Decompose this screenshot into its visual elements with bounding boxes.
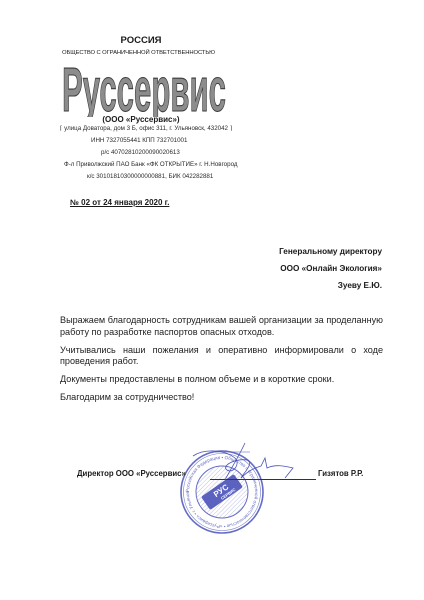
signatory-title: Директор ООО «Руссервис» (77, 469, 186, 478)
letterhead-corr-account: к/с 30101810300000000881, БИК 042282881 (87, 173, 213, 180)
addressee-name: Зуеву Е.Ю. (279, 277, 382, 294)
body-paragraph-2: Учитывались наши пожелания и оперативно … (60, 345, 383, 368)
body-paragraph-3: Документы предоставлены в полном объеме … (60, 374, 383, 386)
addressee-block: Генеральному директору ООО «Онлайн Эколо… (279, 243, 382, 294)
letterhead-inn-kpp: ИНН 7327055441 КПП 732701001 (91, 137, 187, 144)
letterhead-country: РОССИЯ (0, 35, 282, 46)
addressee-company: ООО «Онлайн Экология» (279, 260, 382, 277)
body-paragraph-4: Благодарим за сотрудничество! (60, 392, 383, 404)
company-logo: Руссервис (60, 55, 228, 117)
letterhead-short-name: (ООО «Руссервис») (0, 115, 282, 124)
letterhead-address: ⌈ улица Доватора, дом 3 Б, офис 311, г. … (60, 125, 232, 132)
letterhead-bank: Ф-л Приволжский ПАО Банк «ФК ОТКРЫТИЕ» г… (64, 161, 237, 168)
letter-body: Выражаем благодарность сотрудникам вашей… (60, 315, 383, 410)
body-paragraph-1: Выражаем благодарность сотрудникам вашей… (60, 315, 383, 338)
letterhead-account: р/с 40702810200090020613 (101, 149, 180, 156)
letter-number-date: № 02 от 24 января 2020 г. (70, 198, 169, 207)
addressee-position: Генеральному директору (279, 243, 382, 260)
logo-text: Руссервис (62, 56, 226, 117)
handwritten-signature (185, 440, 335, 485)
